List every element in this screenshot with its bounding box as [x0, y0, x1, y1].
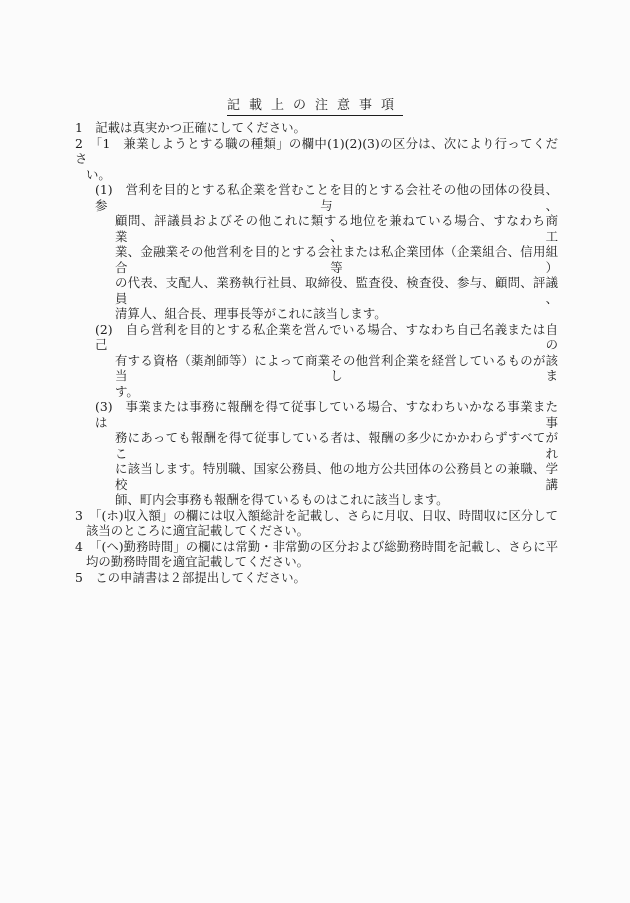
note-line: 5 この申請書は２部提出してください。 — [75, 570, 558, 586]
note-line: 顧問、評議員およびその他これに類する地位を兼ねている場合、すなわち商業、工 — [115, 213, 558, 244]
note-line: (1) 営利を目的とする私企業を営むことを目的とする会社その他の団体の役員、参与… — [95, 182, 558, 213]
note-line: の代表、支配人、業務執行社員、取締役、監査役、検査役、参与、顧問、評議員、 — [115, 275, 558, 306]
note-line: 業、金融業その他営利を目的とする会社または私企業団体（企業組合、信用組合等） — [115, 244, 558, 275]
page-title: 記載上の注意事項 — [0, 97, 630, 116]
note-line: 清算人、組合長、理事長等がこれに該当します。 — [115, 306, 558, 322]
note-line: に該当します。特別職、国家公務員、他の地方公共団体の公務員との兼職、学校講 — [115, 461, 558, 492]
note-line: い。 — [86, 167, 558, 183]
notes-list: 1 記載は真実かつ正確にしてください。2 「1 兼業しようとする職の種類」の欄中… — [0, 120, 630, 585]
note-line: 均の勤務時間を適宜記載してください。 — [86, 554, 558, 570]
note-line: 師、町内会事務も報酬を得ているものはこれに該当します。 — [115, 492, 558, 508]
note-line: 3 「(ホ)収入額」の欄には収入額総計を記載し、さらに月収、日収、時間収に区分し… — [75, 508, 558, 524]
note-line: 有する資格（薬剤師等）によって商業その他営利企業を経営しているものが該当しま — [115, 353, 558, 384]
document-page: 記載上の注意事項 1 記載は真実かつ正確にしてください。2 「1 兼業しようとす… — [0, 0, 630, 903]
note-line: 務にあっても報酬を得て従事している者は、報酬の多少にかかわらずすべてがこれ — [115, 430, 558, 461]
note-line: (3) 事業または事務に報酬を得て従事している場合、すなわちいかなる事業または事 — [95, 399, 558, 430]
note-line: 4 「(ヘ)勤務時間」の欄には常勤・非常勤の区分および総勤務時間を記載し、さらに… — [75, 539, 558, 555]
note-line: (2) 自ら営利を目的とする私企業を営んでいる場合、すなわち自己名義または自己の — [95, 322, 558, 353]
note-line: 該当のところに適宜記載してください。 — [86, 523, 558, 539]
note-line: 2 「1 兼業しようとする職の種類」の欄中(1)(2)(3)の区分は、次により行… — [75, 136, 558, 167]
note-line: 1 記載は真実かつ正確にしてください。 — [75, 120, 558, 136]
page-title-text: 記載上の注意事項 — [227, 97, 403, 116]
note-line: す。 — [115, 384, 558, 400]
